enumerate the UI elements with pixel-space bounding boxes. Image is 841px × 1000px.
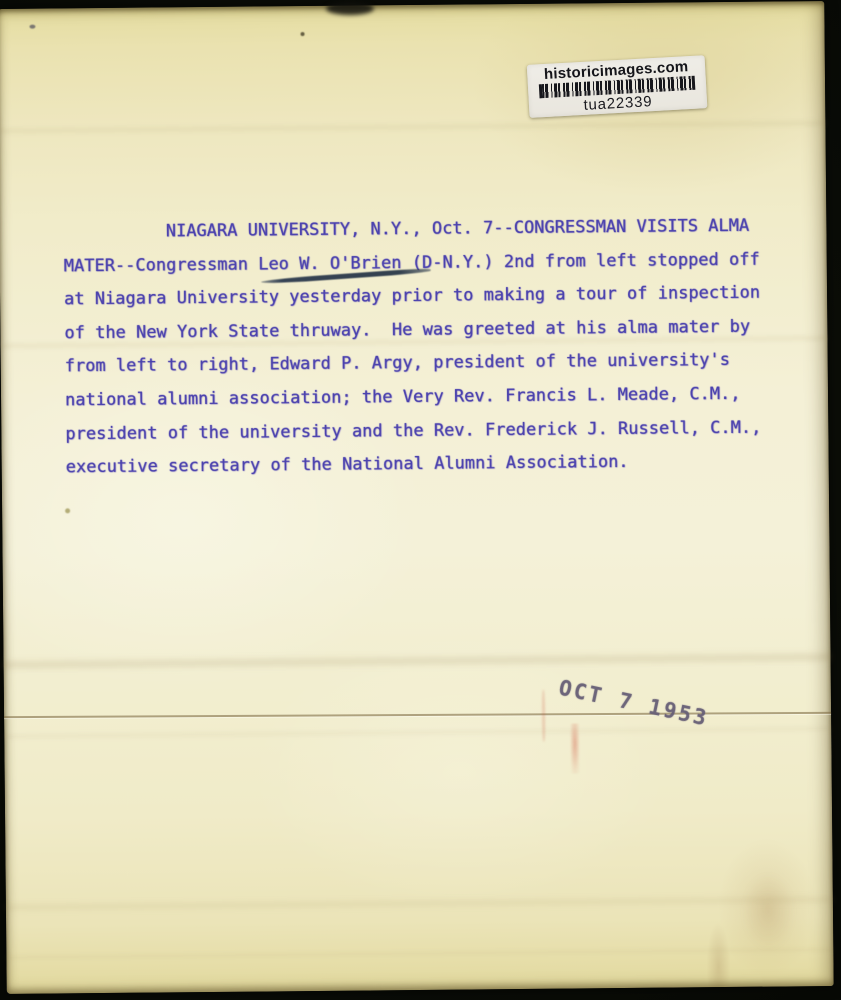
red-ink-streak: [570, 723, 579, 773]
stamp-month: OCT: [557, 676, 606, 709]
typewritten-caption: NIAGARA UNIVERSITY, N.Y., Oct. 7--CONGRE…: [63, 209, 796, 485]
scanner-background: historicimages.com tua22339 NIAGARA UNIV…: [0, 0, 841, 1000]
speck-mark: [301, 32, 305, 36]
edge-smudge-mark: [326, 2, 374, 15]
stain-mark: [741, 871, 797, 952]
paper-crease: [4, 726, 831, 739]
paper-crease: [4, 651, 831, 671]
photo-back-paper: historicimages.com tua22339 NIAGARA UNIV…: [0, 1, 834, 994]
stamp-gap: [602, 704, 618, 707]
paper-crease: [6, 947, 833, 960]
stamp-day-year: 7 1953: [617, 688, 711, 730]
speck-mark: [65, 508, 70, 513]
paper-crease: [0, 119, 825, 135]
red-ink-streak: [542, 690, 545, 742]
date-received-stamp: OCT7 1953: [557, 676, 711, 731]
paper-crease: [6, 895, 833, 912]
ink-fleck: [29, 25, 35, 29]
sticker-code-text: tua22339: [583, 93, 653, 114]
inventory-sticker: historicimages.com tua22339: [527, 55, 708, 118]
